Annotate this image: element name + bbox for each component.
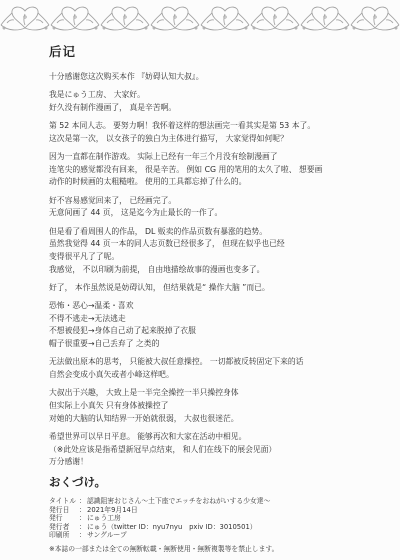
colophon-separator: ： [79, 514, 87, 523]
afterword-paragraph: 恐怖・恶心→温柔・喜欢 不得不逃走→无法逃走 不想被侵犯→身体自己动了起来脱掉了… [49, 300, 381, 351]
text-line: 恐怖・恶心→温柔・喜欢 [49, 300, 381, 313]
text-line: 我感觉， 不以印刷为前提， 自由地描绘故事的漫画也变多了。 [49, 264, 381, 277]
text-line: 不得不逃走→无法逃走 [49, 313, 381, 326]
afterword-paragraph: 希望世界可以早日平息。 能够再次和大家在活动中相见。 （※此处应该是指希望新冠早… [49, 431, 381, 469]
afterword-paragraph: 十分感谢您这次购买本作 『妨碍认知大叔』。 [49, 71, 381, 84]
text-line: 这次是第一次， 以女孩子的独白为主体进行描写， 大家觉得如何呢？ [49, 133, 381, 146]
text-line: 因为一直都在制作游戏。 实际上已经有一年三个月没有绘制漫画了 [49, 151, 381, 164]
text-line: 动作的时候画的太粗糙啦。 使用的工具都忘掉了什么的。 [49, 176, 381, 189]
colophon-separator: ： [79, 506, 87, 515]
text-line: 但实际上小真矢 只有身体被操控了 [49, 400, 381, 413]
text-line: 好不容易感觉回来了， 已经画完了。 [49, 195, 381, 208]
text-line: 好久没有制作漫画了， 真是辛苦啊。 [49, 102, 381, 115]
colophon-label: タイトル [49, 497, 79, 506]
text-line: 连笔尖的感觉都没有回来， 很是辛苦。 例如 CG 用的笔用的太久了啦、 想要画 [49, 164, 381, 177]
afterword-paragraph: 但是看了看周围人的作品， DL 贩卖的作品页数有暴涨的趋势。 虽然我觉得 44 … [49, 226, 381, 277]
colophon-row-author: 発行者 ： にゅう（twitter ID：nyu7nyu pxiv ID：301… [49, 523, 381, 532]
afterword-paragraph: 好了， 本作虽然说是妨碍认知， 但结果就是“ 操作大脑 ”而已。 [49, 282, 381, 295]
text-line: 好了， 本作虽然说是妨碍认知， 但结果就是“ 操作大脑 ”而已。 [49, 282, 381, 295]
text-line: 无法做出原本的思考， 只能被大叔任意操控。 一切都被反转固定下来的话 [49, 356, 381, 369]
text-line: 万分感谢！ [49, 456, 381, 469]
text-line: （※此处应该是指希望新冠早点结束， 和人们在线下的展会见面） [49, 444, 381, 457]
text-line: 无意间画了 44 页， 这是迄今为止最长的一作了。 [49, 207, 381, 220]
text-line: 帽子很重要→自己丢弃了 之类的 [49, 338, 381, 351]
text-line: 但是看了看周围人的作品， DL 贩卖的作品页数有暴涨的趋势。 [49, 226, 381, 239]
colophon-row-title: タイトル ： 認識阻害おじさん～土下座でエッチをおねがいする少女達～ [49, 497, 381, 506]
colophon-value: にゅう工房 [87, 514, 381, 523]
afterword-content: 后记 十分感谢您这次购买本作 『妨碍认知大叔』。 我是にゅう工房、 大家好。 好… [49, 42, 381, 554]
text-line: 十分感谢您这次购买本作 『妨碍认知大叔』。 [49, 71, 381, 84]
afterword-paragraph: 我是にゅう工房、 大家好。 好久没有制作漫画了， 真是辛苦啊。 [49, 89, 381, 114]
colophon-value: にゅう（twitter ID：nyu7nyu pxiv ID：3010501） [87, 523, 381, 532]
colophon-section: おくづけ。 タイトル ： 認識阻害おじさん～土下座でエッチをおねがいする少女達～… [49, 474, 381, 554]
colophon-label: 発行 [49, 514, 79, 523]
text-line: 变得很平凡了了呢。 [49, 251, 381, 264]
colophon-separator: ： [79, 497, 87, 506]
colophon-value: 認識阻害おじさん～土下座でエッチをおねがいする少女達～ [87, 497, 381, 506]
text-line: 虽然我觉得 44 页一本的同人志页数已经很多了， 但现在似乎也已经 [49, 238, 381, 251]
colophon-separator: ： [79, 531, 87, 540]
colophon-value: 2021年9月14日 [87, 506, 381, 515]
text-line: 不想被侵犯→身体自己动了起来脱掉了衣服 [49, 325, 381, 338]
text-line: 我是にゅう工房、 大家好。 [49, 89, 381, 102]
colophon-heading: おくづけ。 [49, 474, 381, 490]
lace-border-ornament [0, 3, 400, 37]
colophon-row-publisher: 発行 ： にゅう工房 [49, 514, 381, 523]
text-line: 大叔出于兴趣， 大致上是一半完全操控一半只操控身体 [49, 387, 381, 400]
text-line: 对她的大脑的认知结界一开始就很弱， 大叔也很迷茫。 [49, 413, 381, 426]
text-line: 希望世界可以早日平息。 能够再次和大家在活动中相见。 [49, 431, 381, 444]
colophon-row-printer: 印刷所 ： サングループ [49, 531, 381, 540]
text-line: 自然会变成小真矢或者小峰这样吧。 [49, 369, 381, 382]
page-title: 后记 [49, 42, 381, 60]
afterword-paragraph: 因为一直都在制作游戏。 实际上已经有一年三个月没有绘制漫画了 连笔尖的感觉都没有… [49, 151, 381, 189]
text-line: 第 52 本同人志。 要努力啊！我怀着这样的想法画完一看其实是第 53 本了。 [49, 120, 381, 133]
afterword-paragraph: 第 52 本同人志。 要努力啊！我怀着这样的想法画完一看其实是第 53 本了。 … [49, 120, 381, 145]
colophon-separator: ： [79, 523, 87, 532]
copyright-note: ※本誌の一部または全ての無断転載・無断使用・無断複製等を禁止します。 [49, 545, 381, 554]
afterword-paragraph: 好不容易感觉回来了， 已经画完了。 无意间画了 44 页， 这是迄今为止最长的一… [49, 195, 381, 220]
colophon-label: 印刷所 [49, 531, 79, 540]
afterword-paragraph: 无法做出原本的思考， 只能被大叔任意操控。 一切都被反转固定下来的话 自然会变成… [49, 356, 381, 381]
afterword-page: 后记 十分感谢您这次购买本作 『妨碍认知大叔』。 我是にゅう工房、 大家好。 好… [0, 0, 400, 560]
afterword-paragraph: 大叔出于兴趣， 大致上是一半完全操控一半只操控身体 但实际上小真矢 只有身体被操… [49, 387, 381, 425]
colophon-value: サングループ [87, 531, 381, 540]
